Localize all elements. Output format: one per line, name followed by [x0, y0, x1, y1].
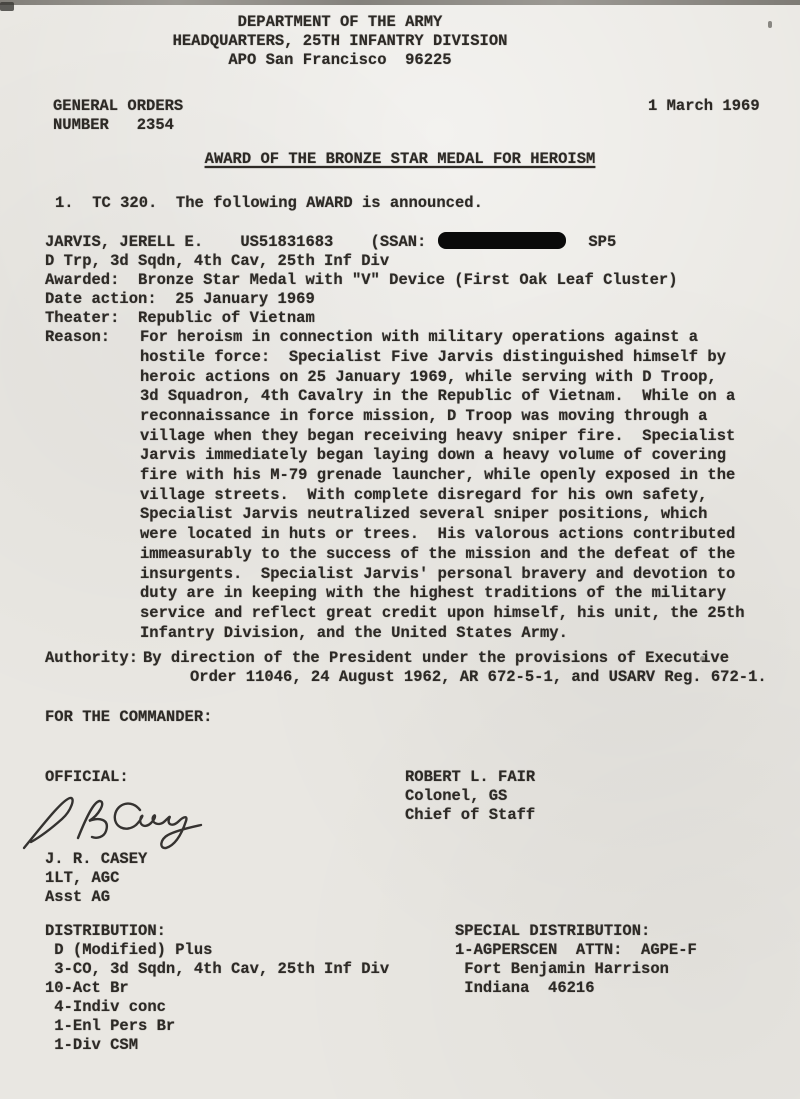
awarded-line: Awarded: Bronze Star Medal with "V" Devi… [45, 271, 775, 290]
official-name: J. R. CASEY [45, 850, 147, 869]
commander-name: ROBERT L. FAIR [405, 768, 535, 787]
official-signer-block: J. R. CASEY 1LT, AGC Asst AG [45, 850, 147, 907]
awardee-name: JARVIS, JERELL E. US51831683 (SSAN: [45, 233, 426, 251]
letterhead: DEPARTMENT OF THE ARMY HEADQUARTERS, 25T… [0, 13, 680, 70]
distribution-item: 10-Act Br [45, 979, 389, 998]
authority-section: Authority: By direction of the President… [45, 649, 775, 687]
reason-text: For heroism in connection with military … [140, 328, 775, 643]
reason-label: Reason: [45, 328, 110, 347]
reason-line: service and reflect great credit upon hi… [140, 604, 775, 624]
distribution-item: 1-Enl Pers Br [45, 1017, 389, 1036]
award-block: JARVIS, JERELL E. US51831683 (SSAN:SP5 D… [45, 232, 775, 687]
awardee-grade: SP5 [588, 233, 616, 251]
reason-line: duty are in keeping with the highest tra… [140, 584, 775, 604]
distribution-item: 4-Indiv conc [45, 998, 389, 1017]
casey-handwritten-signature [20, 786, 230, 856]
reason-line: Jarvis immediately began laying down a h… [140, 446, 775, 466]
announcement-line: 1. TC 320. The following AWARD is announ… [55, 194, 483, 213]
reason-line: Specialist Jarvis neutralized several sn… [140, 505, 775, 525]
official-rank: 1LT, AGC [45, 869, 147, 888]
reason-line: village when they began receiving heavy … [140, 427, 775, 447]
letterhead-department: DEPARTMENT OF THE ARMY [0, 13, 680, 32]
reason-line: reconnaissance in force mission, D Troop… [140, 407, 775, 427]
authority-label: Authority: [45, 649, 138, 668]
order-number-line: NUMBER 2354 [53, 116, 183, 135]
reason-line: 3d Squadron, 4th Cavalry in the Republic… [140, 387, 775, 407]
distribution-item: D (Modified) Plus [45, 941, 389, 960]
reason-line: immeasurably to the success of the missi… [140, 545, 775, 565]
letterhead-apo: APO San Francisco 96225 [0, 51, 680, 70]
reason-line: village streets. With complete disregard… [140, 486, 775, 506]
special-distribution-item: Indiana 46216 [455, 979, 697, 998]
authority-line: Order 11046, 24 August 1962, AR 672-5-1,… [190, 668, 775, 687]
general-orders-line: GENERAL ORDERS [53, 97, 183, 116]
scan-smudge [0, 2, 14, 11]
authority-line: By direction of the President under the … [143, 649, 775, 668]
official-label: OFFICIAL: [45, 768, 129, 787]
scan-edge-artifact [0, 0, 800, 5]
special-distribution-label: SPECIAL DISTRIBUTION: [455, 922, 697, 941]
special-distribution-item: 1-AGPERSCEN ATTN: AGPE-F [455, 941, 697, 960]
theater-line: Theater: Republic of Vietnam [45, 309, 775, 328]
reason-section: Reason: For heroism in connection with m… [45, 328, 775, 643]
commander-rank: Colonel, GS [405, 787, 535, 806]
official-title: Asst AG [45, 888, 147, 907]
letterhead-headquarters: HEADQUARTERS, 25TH INFANTRY DIVISION [0, 32, 680, 51]
commander-title: Chief of Staff [405, 806, 535, 825]
for-the-commander-line: FOR THE COMMANDER: [45, 708, 212, 727]
awardee-unit: D Trp, 3d Sqdn, 4th Cav, 25th Inf Div [45, 252, 775, 271]
reason-line: Infantry Division, and the United States… [140, 624, 775, 644]
reason-line: hostile force: Specialist Five Jarvis di… [140, 348, 775, 368]
scanned-document-page: DEPARTMENT OF THE ARMY HEADQUARTERS, 25T… [0, 0, 800, 1099]
scan-speck [768, 21, 772, 28]
date-action-line: Date action: 25 January 1969 [45, 290, 775, 309]
reason-line: insurgents. Specialist Jarvis' personal … [140, 565, 775, 585]
special-distribution-block: SPECIAL DISTRIBUTION: 1-AGPERSCEN ATTN: … [455, 922, 697, 998]
distribution-block: DISTRIBUTION: D (Modified) Plus 3-CO, 3d… [45, 922, 389, 1055]
distribution-item: 1-Div CSM [45, 1036, 389, 1055]
distribution-label: DISTRIBUTION: [45, 922, 389, 941]
awardee-name-line: JARVIS, JERELL E. US51831683 (SSAN:SP5 [45, 232, 775, 252]
document-title: AWARD OF THE BRONZE STAR MEDAL FOR HEROI… [0, 150, 800, 169]
general-orders-block: GENERAL ORDERS NUMBER 2354 [53, 97, 183, 135]
order-date: 1 March 1969 [648, 97, 760, 116]
reason-line: fire with his M-79 grenade launcher, whi… [140, 466, 775, 486]
reason-line: For heroism in connection with military … [140, 328, 775, 348]
reason-line: were located in huts or trees. His valor… [140, 525, 775, 545]
special-distribution-item: Fort Benjamin Harrison [455, 960, 697, 979]
reason-line: heroic actions on 25 January 1969, while… [140, 368, 775, 388]
commander-signature-block: ROBERT L. FAIR Colonel, GS Chief of Staf… [405, 768, 535, 825]
ssan-redaction-bar [438, 232, 566, 249]
distribution-item: 3-CO, 3d Sqdn, 4th Cav, 25th Inf Div [45, 960, 389, 979]
